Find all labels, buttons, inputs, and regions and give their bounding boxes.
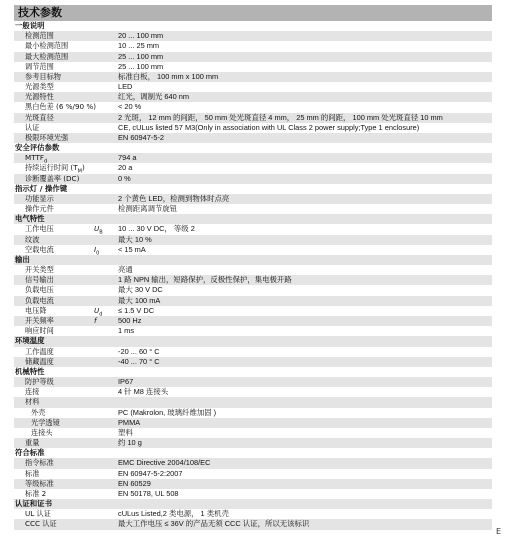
spec-label: 光斑直径: [25, 113, 54, 123]
spec-label: 电压降: [25, 306, 47, 316]
section-heading: 环境温度: [14, 336, 492, 346]
spec-row: 指令标准EMC Directive 2004/108/EC: [14, 458, 492, 468]
spec-value: IP67: [118, 377, 133, 387]
spec-row: 工作电压UB10 ... 30 V DC， 等级 2: [14, 224, 492, 234]
spec-value: 500 Hz: [118, 316, 141, 326]
spec-row: 等级标准EN 60529: [14, 479, 492, 489]
spec-row: 标准EN 60947-5-2:2007: [14, 469, 492, 479]
section-heading: 认证和证书: [14, 499, 492, 509]
spec-row: 重量约 10 g: [14, 438, 492, 448]
spec-row: 开关类型亮通: [14, 265, 492, 275]
section-heading: 电气特性: [14, 214, 492, 224]
spec-value: 25 ... 100 mm: [118, 52, 163, 62]
spec-value: 25 ... 100 mm: [118, 62, 163, 72]
spec-row: 最小检测范围10 ... 25 mm: [14, 41, 492, 51]
spec-row: 负载电压最大 30 V DC: [14, 285, 492, 295]
spec-value: cULus Listed,2 类电源， 1 类机壳: [118, 509, 229, 519]
spec-row: 工作温度-20 ... 60 ° C: [14, 347, 492, 357]
spec-label: 认证: [25, 123, 39, 133]
spec-value: 检测距离调节旋钮: [118, 204, 177, 214]
spec-label: 纹波: [25, 235, 39, 245]
spec-value: 最大工作电压 ≤ 36V 的产品无须 CCC 认证，所以无该标识: [118, 519, 309, 529]
spec-value: EN 60947-5-2: [118, 133, 164, 143]
spec-row: 空载电流I0< 15 mA: [14, 245, 492, 255]
spec-title: 技术参数: [14, 5, 492, 21]
spec-row: 参考目标物标准白板， 100 mm x 100 mm: [14, 72, 492, 82]
spec-label: 指令标准: [25, 458, 54, 468]
spec-label: 重量: [25, 438, 39, 448]
spec-row: 光源类型LED: [14, 82, 492, 92]
spec-label: 黑白色差 (6 %/90 %): [25, 102, 96, 112]
spec-row: 信号输出1 路 NPN 输出，短路保护，反极性保护，集电极开路: [14, 275, 492, 285]
section-heading-label: 环境温度: [15, 336, 45, 346]
spec-label: 参考目标物: [25, 72, 61, 82]
spec-label: 响应时间: [25, 326, 54, 336]
spec-label: 等级标准: [25, 479, 54, 489]
spec-row: 材料: [14, 397, 492, 407]
spec-row: 极限环境光强EN 60947-5-2: [14, 133, 492, 143]
spec-label: 功能显示: [25, 194, 54, 204]
spec-label: 负载电流: [25, 296, 54, 306]
spec-row: 连接4 针 M8 连接头: [14, 387, 492, 397]
section-heading-label: 电气特性: [15, 214, 45, 224]
section-heading-label: 安全评估参数: [15, 143, 59, 153]
spec-row: CCC 认证最大工作电压 ≤ 36V 的产品无须 CCC 认证，所以无该标识: [14, 519, 492, 529]
spec-value: LED: [118, 82, 132, 92]
spec-value: 塑料: [118, 428, 133, 438]
spec-value: < 15 mA: [118, 245, 146, 255]
spec-label: CCC 认证: [25, 519, 57, 529]
spec-value: 约 10 g: [118, 438, 142, 448]
spec-row: 黑白色差 (6 %/90 %)< 20 %: [14, 102, 492, 112]
spec-value: 794 a: [118, 153, 137, 163]
spec-label: 工作温度: [25, 347, 54, 357]
spec-label: 防护等级: [25, 377, 54, 387]
spec-row: 防护等级IP67: [14, 377, 492, 387]
corner-mark: E: [496, 528, 502, 536]
spec-row: 标准 2EN 50178, UL 508: [14, 489, 492, 499]
spec-label: 光源特性: [25, 92, 54, 102]
spec-value: 1 路 NPN 输出，短路保护，反极性保护，集电极开路: [118, 275, 292, 285]
spec-label: 材料: [25, 397, 39, 407]
spec-label: 开关类型: [25, 265, 54, 275]
section-heading-label: 一般说明: [15, 21, 45, 31]
spec-value: 2 个黄色 LED，检测到物体时点亮: [118, 194, 229, 204]
spec-label: 负载电压: [25, 285, 54, 295]
spec-value: -40 ... 70 ° C: [118, 357, 160, 367]
spec-label: 信号输出: [25, 275, 54, 285]
section-heading: 输出: [14, 255, 492, 265]
spec-value: 20 a: [118, 163, 132, 173]
spec-row: 认证CE, cULus listed 57 M3(Only in associa…: [14, 123, 492, 133]
spec-row: 光学透镜PMMA: [14, 418, 492, 428]
spec-row: 持续运行时间 (TM)20 a: [14, 163, 492, 173]
spec-value: 0 %: [118, 174, 131, 184]
spec-value: < 20 %: [118, 102, 141, 112]
spec-label: 连接: [25, 387, 39, 397]
spec-value: 最大 100 mA: [118, 296, 160, 306]
spec-row: 负载电流最大 100 mA: [14, 296, 492, 306]
spec-value: EN 60947-5-2:2007: [118, 469, 183, 479]
spec-value: EMC Directive 2004/108/EC: [118, 458, 210, 468]
spec-value: 红光，调制光 640 nm: [118, 92, 189, 102]
spec-label: 调节范围: [25, 62, 54, 72]
spec-row: 响应时间1 ms: [14, 326, 492, 336]
spec-value: 10 ... 25 mm: [118, 41, 159, 51]
spec-value: -20 ... 60 ° C: [118, 347, 160, 357]
spec-label: 连接头: [31, 428, 53, 438]
section-heading: 指示灯 / 操作键: [14, 184, 492, 194]
spec-label: 诊断覆盖率 (DC): [25, 174, 79, 184]
spec-value: 最大 10 %: [118, 235, 152, 245]
spec-row: 连接头塑料: [14, 428, 492, 438]
spec-row: 最大检测范围25 ... 100 mm: [14, 52, 492, 62]
spec-value: EN 60529: [118, 479, 151, 489]
spec-label: 光学透镜: [31, 418, 60, 428]
spec-value: 1 ms: [118, 326, 134, 336]
spec-label: 操作元件: [25, 204, 54, 214]
spec-row: 开关频率f500 Hz: [14, 316, 492, 326]
spec-label-suffix: ): [82, 163, 85, 172]
spec-label: 检测范围: [25, 31, 54, 41]
spec-value: 4 针 M8 连接头: [118, 387, 168, 397]
spec-label: 外壳: [31, 408, 45, 418]
spec-row: 电压降Ud≤ 1.5 V DC: [14, 306, 492, 316]
spec-label: 工作电压: [25, 224, 54, 234]
section-heading-label: 认证和证书: [15, 499, 52, 509]
spec-value: PMMA: [118, 418, 140, 428]
section-heading-label: 输出: [15, 255, 30, 265]
tech-spec-sheet: 技术参数 一般说明检测范围20 ... 100 mm最小检测范围10 ... 2…: [14, 5, 492, 530]
spec-row: 纹波最大 10 %: [14, 235, 492, 245]
spec-table: 一般说明检测范围20 ... 100 mm最小检测范围10 ... 25 mm最…: [14, 21, 492, 530]
spec-row: UL 认证cULus Listed,2 类电源， 1 类机壳: [14, 509, 492, 519]
spec-row: 光源特性红光，调制光 640 nm: [14, 92, 492, 102]
spec-value: PC (Makrolon, 玻璃纤维加固 ): [118, 408, 216, 418]
spec-value: 2 光斑， 12 mm 的间距， 50 mm 处光斑直径 4 mm， 25 mm…: [118, 113, 443, 123]
section-heading: 一般说明: [14, 21, 492, 31]
spec-label: 最大检测范围: [25, 52, 68, 62]
spec-label: 标准: [25, 469, 39, 479]
spec-value: CE, cULus listed 57 M3(Only in associati…: [118, 123, 419, 133]
spec-symbol-text: f: [94, 316, 97, 325]
spec-label: 光源类型: [25, 82, 54, 92]
spec-row: 操作元件检测距离调节旋钮: [14, 204, 492, 214]
spec-label: 最小检测范围: [25, 41, 68, 51]
spec-value: 最大 30 V DC: [118, 285, 163, 295]
spec-value: 10 ... 30 V DC， 等级 2: [118, 224, 195, 234]
section-heading: 机械特性: [14, 367, 492, 377]
spec-value: 标准白板， 100 mm x 100 mm: [118, 72, 218, 82]
spec-label: 开关频率: [25, 316, 54, 326]
spec-row: 功能显示2 个黄色 LED，检测到物体时点亮: [14, 194, 492, 204]
section-heading-label: 机械特性: [15, 367, 45, 377]
spec-value: EN 50178, UL 508: [118, 489, 179, 499]
spec-row: 外壳PC (Makrolon, 玻璃纤维加固 ): [14, 408, 492, 418]
section-heading: 符合标准: [14, 448, 492, 458]
section-heading: 安全评估参数: [14, 143, 492, 153]
section-heading-label: 符合标准: [15, 448, 45, 458]
spec-row: 检测范围20 ... 100 mm: [14, 31, 492, 41]
spec-row: 调节范围25 ... 100 mm: [14, 62, 492, 72]
spec-label: 空载电流: [25, 245, 54, 255]
spec-row: MTTFd794 a: [14, 153, 492, 163]
spec-label: 极限环境光强: [25, 133, 68, 143]
section-heading-label: 指示灯 / 操作键: [15, 184, 67, 194]
spec-value: 亮通: [118, 265, 133, 275]
spec-row: 储藏温度-40 ... 70 ° C: [14, 357, 492, 367]
spec-label-text: 持续运行时间 (T: [25, 163, 78, 172]
spec-row: 诊断覆盖率 (DC)0 %: [14, 174, 492, 184]
spec-row: 光斑直径2 光斑， 12 mm 的间距， 50 mm 处光斑直径 4 mm， 2…: [14, 113, 492, 123]
spec-value: ≤ 1.5 V DC: [118, 306, 154, 316]
spec-value: 20 ... 100 mm: [118, 31, 163, 41]
spec-label-text: MTTF: [25, 153, 44, 162]
spec-label: 储藏温度: [25, 357, 54, 367]
spec-label: UL 认证: [25, 509, 51, 519]
spec-symbol: f: [94, 316, 97, 326]
spec-label: 标准 2: [25, 489, 46, 499]
